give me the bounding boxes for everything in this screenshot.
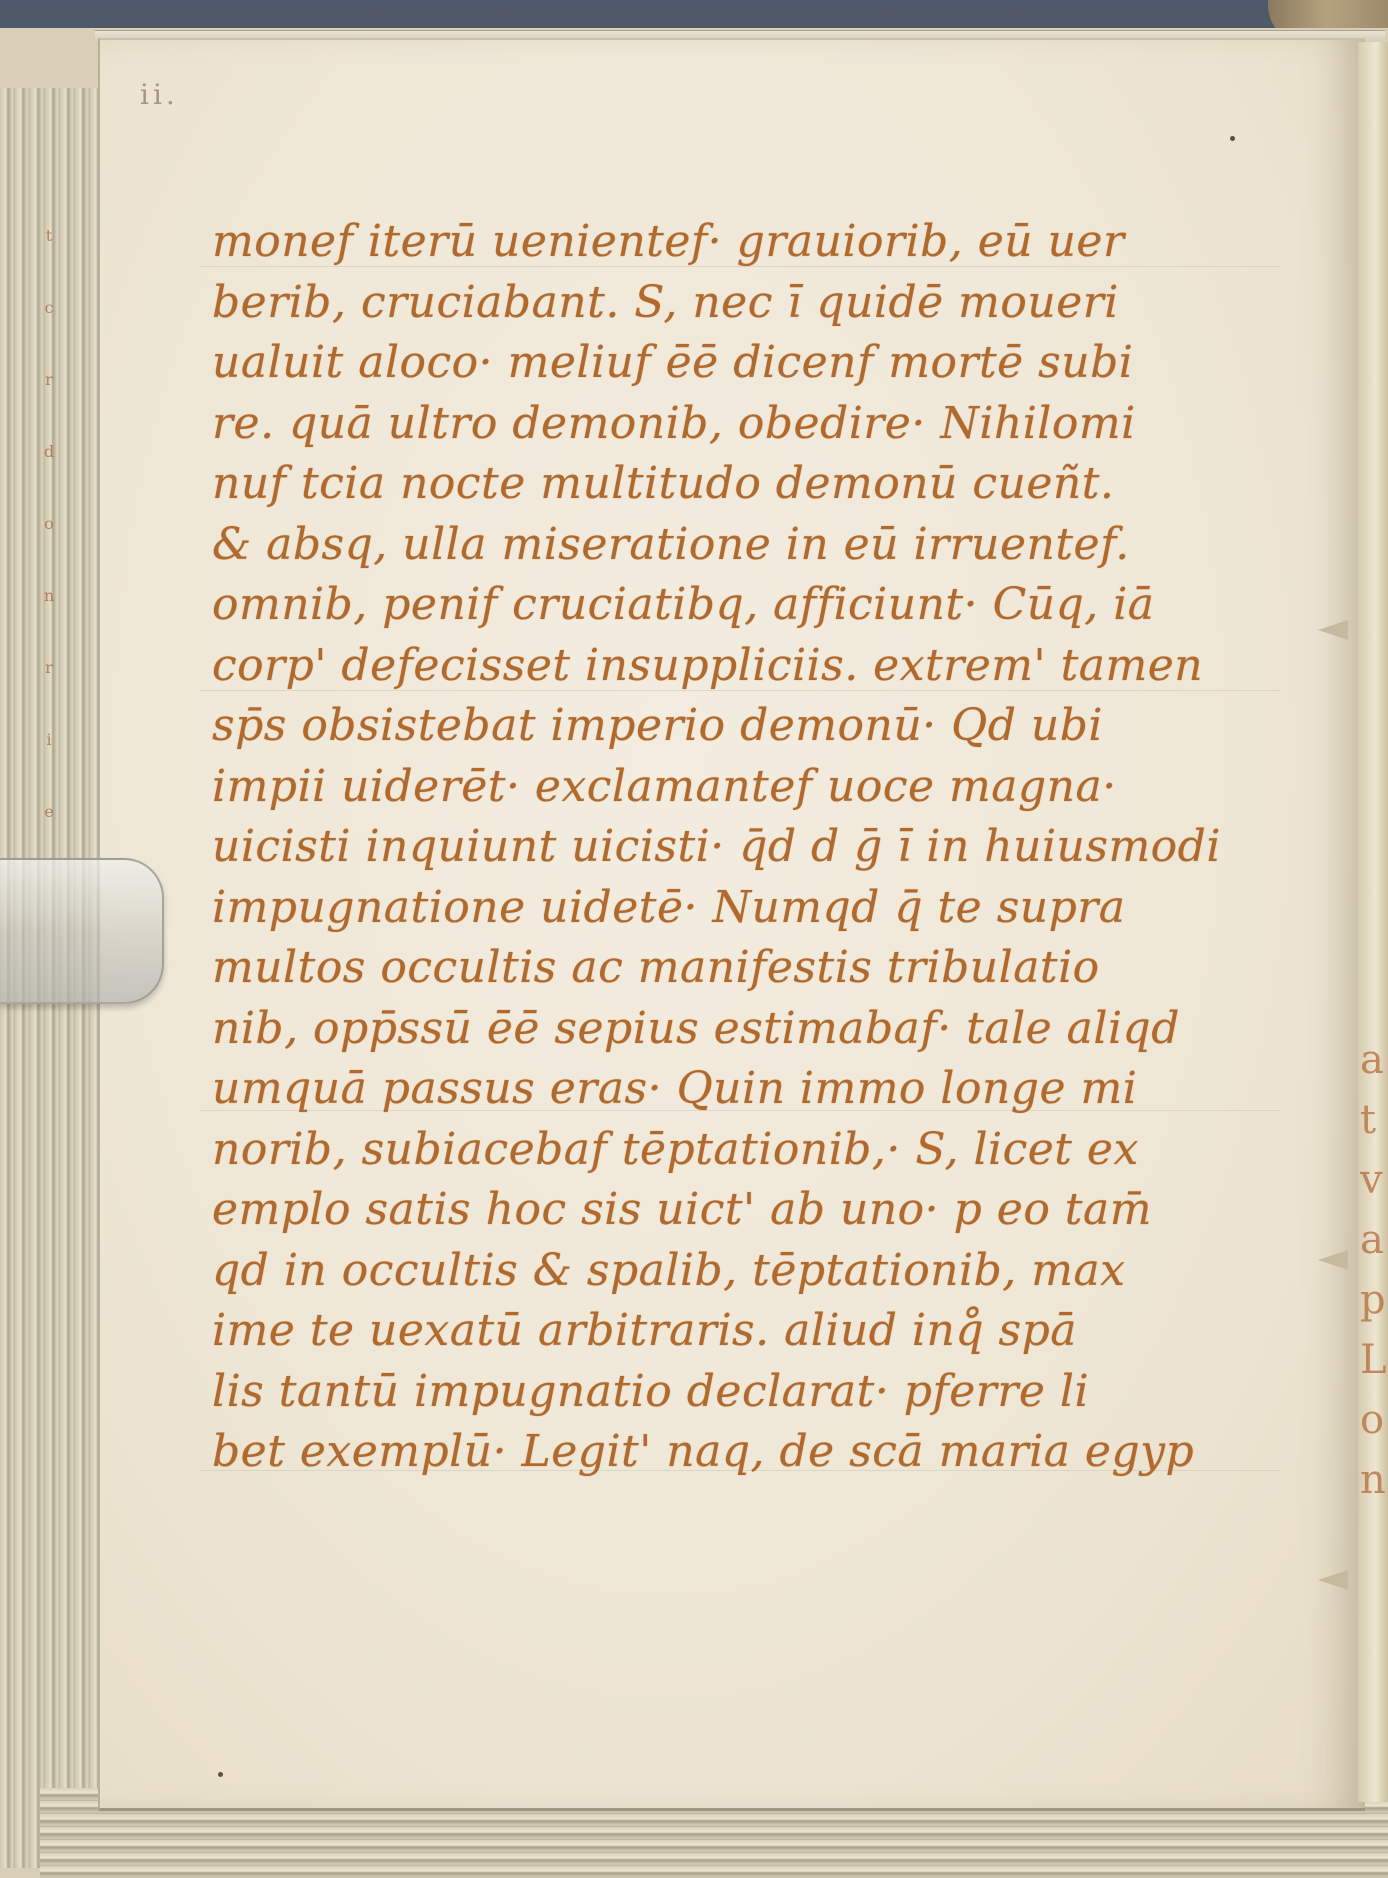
manuscript-text: monef iterū uenientef· grauiorib, eū uer… xyxy=(212,212,1272,1483)
spine-letter: t xyxy=(42,200,56,272)
edge-letter: n xyxy=(1360,1450,1386,1510)
text-line: ime te uexatū arbitraris. aliud inq̊ spā xyxy=(212,1301,1272,1362)
edge-letter: v xyxy=(1360,1150,1386,1210)
spine-letter: r xyxy=(42,632,56,704)
text-line: & absq, ulla miseratione in eū irruentef… xyxy=(212,515,1272,576)
text-line: uicisti inquiunt uicisti· q̄d d ḡ ī in h… xyxy=(212,817,1272,878)
facing-page-letters: a t v a p L o n xyxy=(1360,1030,1386,1510)
spine-letter: n xyxy=(42,560,56,632)
text-line: multos occultis ac manifestis tribulatio xyxy=(212,938,1272,999)
spine-letter: d xyxy=(42,416,56,488)
spine-letter: r xyxy=(42,344,56,416)
text-line: lis tantū impugnatio declarat· pferre li xyxy=(212,1362,1272,1423)
text-line: qd in occultis & spalib, tēptationib, ma… xyxy=(212,1241,1272,1302)
page-tear xyxy=(1318,1250,1348,1270)
spine-letter: c xyxy=(42,272,56,344)
spine-letter: e xyxy=(42,776,56,848)
edge-letter: o xyxy=(1360,1390,1386,1450)
text-line: nib, opp̄ssū ēē sepius estimabaf· tale a… xyxy=(212,999,1272,1060)
text-line: monef iterū uenientef· grauiorib, eū uer xyxy=(212,212,1272,273)
text-line: emplo satis hoc sis uict' ab uno· p eo t… xyxy=(212,1180,1272,1241)
ink-speck xyxy=(1230,136,1235,141)
text-line: impii uiderēt· exclamantef uoce magna· xyxy=(212,757,1272,818)
text-line: nuf tcia nocte multitudo demonū cueñt. xyxy=(212,454,1272,515)
page-clip xyxy=(0,858,164,1004)
edge-letter: a xyxy=(1360,1210,1386,1270)
facing-page-edge xyxy=(1358,42,1388,1802)
text-line: bet exemplū· Legit' naq, de scā maria eg… xyxy=(212,1422,1272,1483)
edge-letter: p xyxy=(1360,1270,1386,1330)
edge-letter: t xyxy=(1360,1090,1386,1150)
spine-letter: i xyxy=(42,704,56,776)
text-line: re. quā ultro demonib, obedire· Nihilomi xyxy=(212,394,1272,455)
text-line: sp̄s obsistebat imperio demonū· Qd ubi xyxy=(212,696,1272,757)
text-line: impugnatione uidetē· Numqd q̄ te supra xyxy=(212,878,1272,939)
page-tear xyxy=(1318,620,1348,640)
ink-speck xyxy=(218,1772,223,1777)
spine-letter: o xyxy=(42,488,56,560)
text-line: corp' defecisset insuppliciis. extrem' t… xyxy=(212,636,1272,697)
text-line: omnib, penif cruciatibq, afficiunt· Cūq,… xyxy=(212,575,1272,636)
edge-letter: a xyxy=(1360,1030,1386,1090)
text-line: umquā passus eras· Quin immo longe mi xyxy=(212,1059,1272,1120)
spine-letters: t c r d o n r i e xyxy=(42,200,56,848)
edge-letter: L xyxy=(1360,1330,1386,1390)
text-line: berib, cruciabant. S, nec ī quidē moueri xyxy=(212,273,1272,334)
page-tear xyxy=(1318,1570,1348,1590)
text-line: norib, subiacebaf tēptationib,· S, licet… xyxy=(212,1120,1272,1181)
folio-number: ii. xyxy=(140,78,179,111)
text-line: ualuit aloco· meliuf ēē dicenf mortē sub… xyxy=(212,333,1272,394)
